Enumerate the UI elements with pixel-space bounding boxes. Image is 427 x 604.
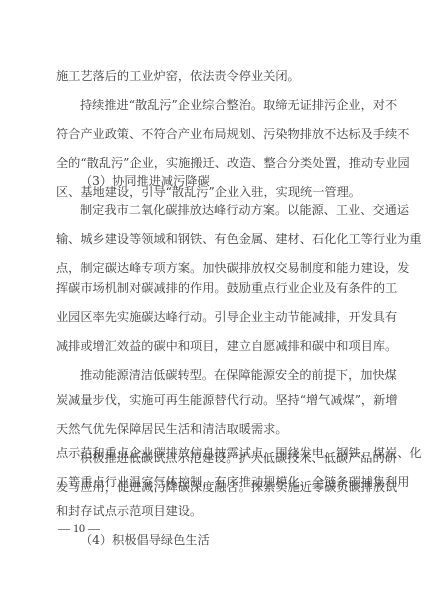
text-line: 点，制定碳达峰专项方案。加快碳排放权交易制度和能力建设，发 (56, 258, 370, 278)
text-line: 挥碳市场机制对碳减排的作用。鼓励重点行业企业及有条件的工 (56, 278, 370, 298)
paragraph-carbon-peak-start: 制定我市二氧化碳排放达峰行动方案。以能源、工业、交通运 (80, 200, 370, 220)
text-line: 符合产业政策、不符合产业布局规划、污染物排放不达标及手续不 (56, 124, 370, 144)
document-page: 施工艺落后的工业炉窑，依法责令停业关闭。 持续推进“散乱污”企业综合整治。取缔无… (0, 0, 427, 604)
text-line: 输、城乡建设等领域和钢铁、有色金属、建材、石化化工等行业为重 (56, 229, 370, 249)
section-heading-3: （3）协同推进减污降碳 (80, 171, 370, 191)
text-line: 和封存试点示范项目建设。 (56, 501, 370, 521)
text-line: 施工艺落后的工业炉窑，依法责令停业关闭。 (56, 66, 370, 86)
text-line: 工等重点行业温室气体控制，有序推动规模化、全链条碳捕集利用 (56, 472, 370, 492)
text-line: 业园区率先实施碳达峰行动。引导企业主动节能减排，开发具有 (56, 307, 370, 327)
section-heading-4: （4）积极倡导绿色生活 (80, 530, 370, 550)
page-number: — 10 — (58, 520, 100, 536)
paragraph-energy-transition-start: 推动能源清洁低碳转型。在保障能源安全的前提下，加快煤 (80, 365, 370, 385)
paragraph-san-luan-wu-start: 持续推进“散乱污”企业综合整治。取缔无证排污企业，对不 (80, 95, 370, 115)
text-line: 全的“散乱污”企业，实施搬迁、改造、整合分类处置，推动专业园 (56, 153, 370, 173)
text-line: 炭减量步伐，实施可再生能源替代行动。坚持“增气减煤”，新增 (56, 390, 370, 410)
text-line: 天然气优先保障居民生活和清洁取暖需求。 (56, 419, 370, 439)
text-line: 减排或增汇效益的碳中和项目，建立自愿减排和碳中和项目库。 (56, 336, 370, 356)
text-line: 点示范和重点企业碳排放信息披露试点，围绕发电、钢铁、煤炭、化 (56, 443, 370, 463)
